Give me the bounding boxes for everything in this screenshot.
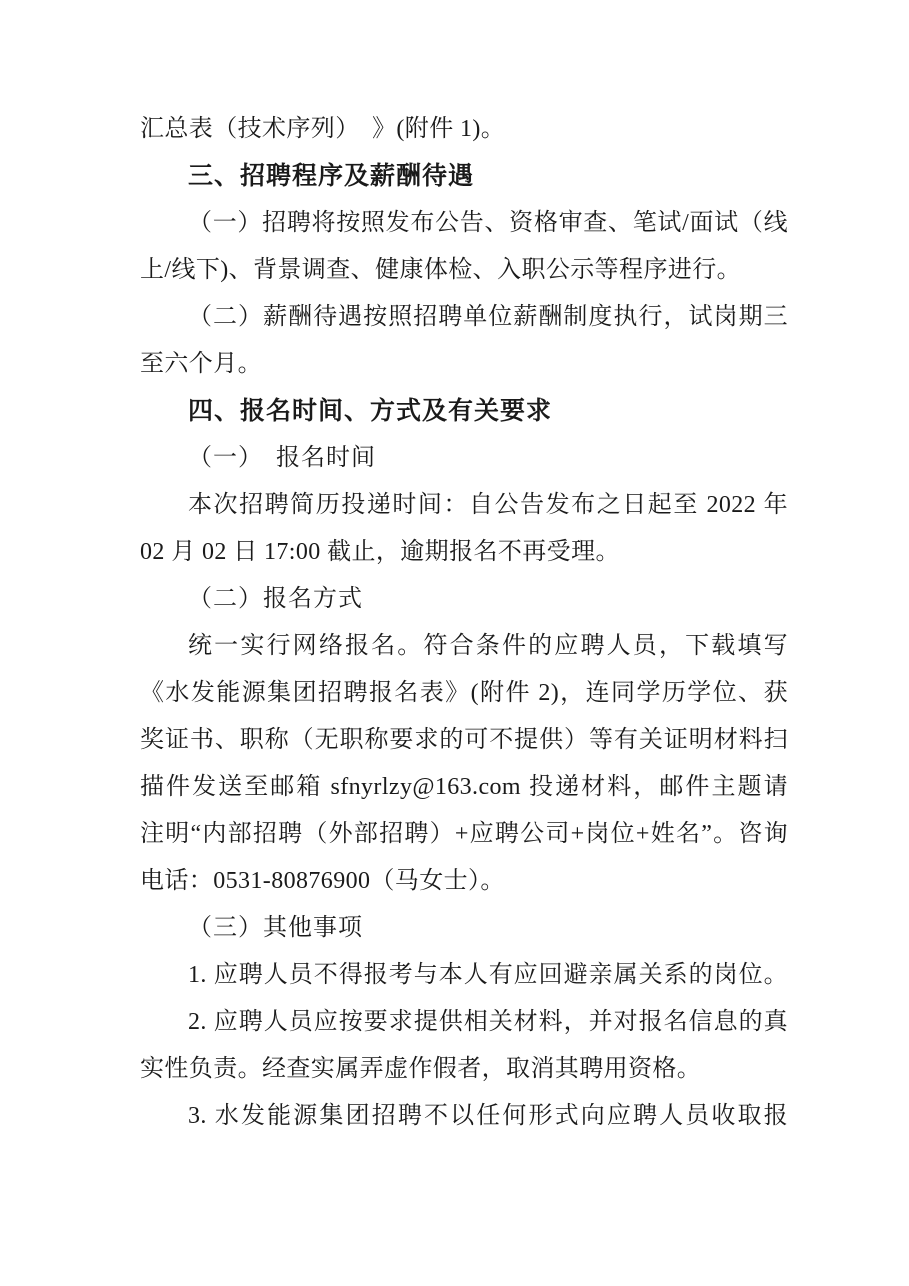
text-line-6: 至六个月。 <box>140 341 788 388</box>
text-line-9: 本次招聘简历投递时间：自公告发布之日起至 2022 年 <box>140 482 788 529</box>
text-line-19: 1. 应聘人员不得报考与本人有应回避亲属关系的岗位。 <box>140 952 788 999</box>
text-line-15: 描件发送至邮箱 sfnyrlzy@163.com 投递材料，邮件主题请 <box>140 764 788 811</box>
text-line-13: 《水发能源集团招聘报名表》(附件 2)，连同学历学位、获 <box>140 670 788 717</box>
text-line-7: 四、报名时间、方式及有关要求 <box>140 388 788 435</box>
text-line-5: （二）薪酬待遇按照招聘单位薪酬制度执行，试岗期三 <box>140 294 788 341</box>
text-line-3: （一）招聘将按照发布公告、资格审查、笔试/面试（线 <box>140 200 788 247</box>
text-line-8: （一） 报名时间 <box>140 435 788 482</box>
text-line-22: 3. 水发能源集团招聘不以任何形式向应聘人员收取报 <box>140 1093 788 1140</box>
text-line-10: 02 月 02 日 17:00 截止，逾期报名不再受理。 <box>140 529 788 576</box>
text-line-21: 实性负责。经查实属弄虚作假者，取消其聘用资格。 <box>140 1046 788 1093</box>
text-line-16: 注明“内部招聘（外部招聘）+应聘公司+岗位+姓名”。咨询 <box>140 811 788 858</box>
text-line-20: 2. 应聘人员应按要求提供相关材料，并对报名信息的真 <box>140 999 788 1046</box>
document-page: 汇总表（技术序列） 》(附件 1)。三、招聘程序及薪酬待遇（一）招聘将按照发布公… <box>0 0 909 1286</box>
text-line-17: 电话：0531-80876900（马女士）。 <box>140 858 788 905</box>
text-line-1: 汇总表（技术序列） 》(附件 1)。 <box>140 106 788 153</box>
document-content: 汇总表（技术序列） 》(附件 1)。三、招聘程序及薪酬待遇（一）招聘将按照发布公… <box>140 106 788 1140</box>
text-line-18: （三）其他事项 <box>140 905 788 952</box>
text-line-12: 统一实行网络报名。符合条件的应聘人员，下载填写 <box>140 623 788 670</box>
text-line-14: 奖证书、职称（无职称要求的可不提供）等有关证明材料扫 <box>140 717 788 764</box>
text-line-4: 上/线下)、背景调查、健康体检、入职公示等程序进行。 <box>140 247 788 294</box>
text-line-11: （二）报名方式 <box>140 576 788 623</box>
text-line-2: 三、招聘程序及薪酬待遇 <box>140 153 788 200</box>
